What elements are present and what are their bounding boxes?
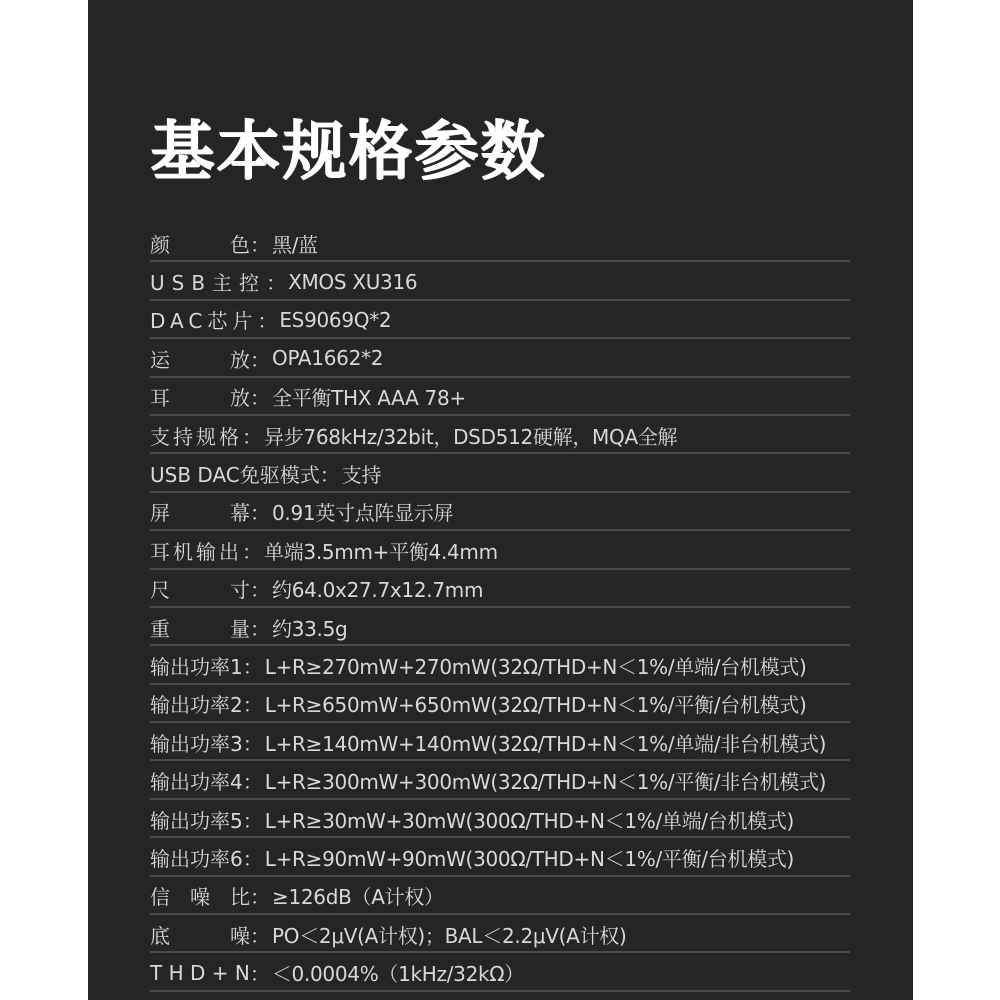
spec-row-snr: 信 噪 比：≥126dB（A计权） xyxy=(150,877,850,915)
spec-row-opamp: 运 放：OPA1662*2 xyxy=(150,339,850,377)
spec-label: 耳机输出 xyxy=(150,536,242,565)
spec-separator: ： xyxy=(243,766,263,795)
spec-value: 约33.5g xyxy=(272,613,347,642)
spec-separator: ： xyxy=(243,843,263,872)
spec-row-weight: 重 量：约33.5g xyxy=(150,608,850,646)
spec-row-dac-chip: DAC芯片：ES9069Q*2 xyxy=(150,301,850,339)
spec-value: L+R≥270mW+270mW(32Ω/THD+N＜1%/单端/台机模式) xyxy=(265,651,807,680)
spec-label: 耳 放 xyxy=(150,382,250,411)
spec-value: L+R≥140mW+140mW(32Ω/THD+N＜1%/单端/非台机模式) xyxy=(265,728,826,757)
spec-label: 尺 寸 xyxy=(150,574,250,603)
spec-row-headphone-output: 耳机输出：单端3.5mm+平衡4.4mm xyxy=(150,531,850,569)
spec-label: 输出功率2 xyxy=(150,689,243,718)
spec-separator: ： xyxy=(242,536,262,565)
spec-label: USB主控 xyxy=(150,267,266,296)
spec-value: 支持 xyxy=(342,459,381,488)
spec-value: ES9069Q*2 xyxy=(279,308,391,332)
spec-row-thd-n: T H D + N：＜0.0004%（1kHz/32kΩ） xyxy=(150,953,850,991)
spec-separator: ： xyxy=(250,920,270,949)
spec-row-output-power-3: 输出功率3：L+R≥140mW+140mW(32Ω/THD+N＜1%/单端/非台… xyxy=(150,723,850,761)
spec-separator: ： xyxy=(266,267,286,296)
spec-label: 支持规格 xyxy=(150,421,242,450)
spec-label: USB DAC免驱模式 xyxy=(150,459,320,488)
spec-separator: ： xyxy=(250,613,270,642)
spec-row-supported-formats: 支持规格：异步768kHz/32bit，DSD512硬解，MQA全解 xyxy=(150,416,850,454)
spec-value: ＜0.0004%（1kHz/32kΩ） xyxy=(272,958,524,987)
spec-label: 屏 幕 xyxy=(150,497,250,526)
spec-separator: ： xyxy=(250,881,270,910)
spec-value: OPA1662*2 xyxy=(272,346,383,370)
spec-value: L+R≥300mW+300mW(32Ω/THD+N＜1%/平衡/非台机模式) xyxy=(265,766,826,795)
spec-separator: ： xyxy=(243,728,263,757)
spec-row-screen: 屏 幕：0.91英寸点阵显示屏 xyxy=(150,493,850,531)
spec-row-output-power-6: 输出功率6：L+R≥90mW+90mW(300Ω/THD+N＜1%/平衡/台机模… xyxy=(150,838,850,876)
spec-separator: ： xyxy=(250,229,270,258)
spec-row-usb-controller: USB主控：XMOS XU316 xyxy=(150,262,850,300)
spec-list: 颜 色：黑/蓝 USB主控：XMOS XU316 DAC芯片：ES9069Q*2… xyxy=(150,224,850,992)
spec-label: T H D + N xyxy=(150,961,250,985)
spec-row-color: 颜 色：黑/蓝 xyxy=(150,224,850,262)
spec-value: XMOS XU316 xyxy=(288,270,417,294)
spec-label: 输出功率5 xyxy=(150,805,243,834)
spec-row-output-power-4: 输出功率4：L+R≥300mW+300mW(32Ω/THD+N＜1%/平衡/非台… xyxy=(150,761,850,799)
spec-separator: ： xyxy=(250,382,270,411)
spec-label: 信 噪 比 xyxy=(150,881,250,910)
spec-value: PO＜2μV(A计权)；BAL＜2.2μV(A计权) xyxy=(272,920,626,949)
spec-label: 颜 色 xyxy=(150,229,250,258)
spec-label: 运 放 xyxy=(150,344,250,373)
spec-value: 单端3.5mm+平衡4.4mm xyxy=(264,536,498,565)
spec-row-dimensions: 尺 寸：约64.0x27.7x12.7mm xyxy=(150,570,850,608)
spec-separator: ： xyxy=(242,421,262,450)
spec-separator: ： xyxy=(243,689,263,718)
spec-label: 输出功率3 xyxy=(150,728,243,757)
spec-panel: 基本规格参数 颜 色：黑/蓝 USB主控：XMOS XU316 DAC芯片：ES… xyxy=(88,0,913,1000)
spec-row-output-power-1: 输出功率1：L+R≥270mW+270mW(32Ω/THD+N＜1%/单端/台机… xyxy=(150,646,850,684)
spec-value: 全平衡THX AAA 78+ xyxy=(272,382,466,411)
spec-separator: ： xyxy=(243,651,263,680)
spec-separator: ： xyxy=(257,305,277,334)
spec-label: 重 量 xyxy=(150,613,250,642)
spec-row-headphone-amp: 耳 放：全平衡THX AAA 78+ xyxy=(150,378,850,416)
spec-separator: ： xyxy=(250,344,270,373)
spec-value: L+R≥90mW+90mW(300Ω/THD+N＜1%/平衡/台机模式) xyxy=(265,843,794,872)
spec-label: DAC芯片 xyxy=(150,305,257,334)
spec-label: 输出功率6 xyxy=(150,843,243,872)
spec-label: 输出功率4 xyxy=(150,766,243,795)
spec-value: 0.91英寸点阵显示屏 xyxy=(272,497,453,526)
spec-separator: ： xyxy=(250,958,270,987)
spec-value: L+R≥30mW+30mW(300Ω/THD+N＜1%/单端/台机模式) xyxy=(265,805,794,834)
spec-value: ≥126dB（A计权） xyxy=(272,881,444,910)
spec-row-driverless-mode: USB DAC免驱模式：支持 xyxy=(150,454,850,492)
spec-row-output-power-5: 输出功率5：L+R≥30mW+30mW(300Ω/THD+N＜1%/单端/台机模… xyxy=(150,800,850,838)
spec-value: L+R≥650mW+650mW(32Ω/THD+N＜1%/平衡/台机模式) xyxy=(265,689,807,718)
spec-value: 黑/蓝 xyxy=(272,229,318,258)
spec-label: 底 噪 xyxy=(150,920,250,949)
spec-value: 约64.0x27.7x12.7mm xyxy=(272,574,483,603)
spec-separator: ： xyxy=(243,805,263,834)
spec-separator: ： xyxy=(250,574,270,603)
spec-row-output-power-2: 输出功率2：L+R≥650mW+650mW(32Ω/THD+N＜1%/平衡/台机… xyxy=(150,685,850,723)
spec-row-noise-floor: 底 噪：PO＜2μV(A计权)；BAL＜2.2μV(A计权) xyxy=(150,915,850,953)
spec-label: 输出功率1 xyxy=(150,651,243,680)
spec-separator: ： xyxy=(320,459,340,488)
spec-separator: ： xyxy=(250,497,270,526)
page-title: 基本规格参数 xyxy=(150,112,546,192)
spec-value: 异步768kHz/32bit，DSD512硬解，MQA全解 xyxy=(264,421,677,450)
